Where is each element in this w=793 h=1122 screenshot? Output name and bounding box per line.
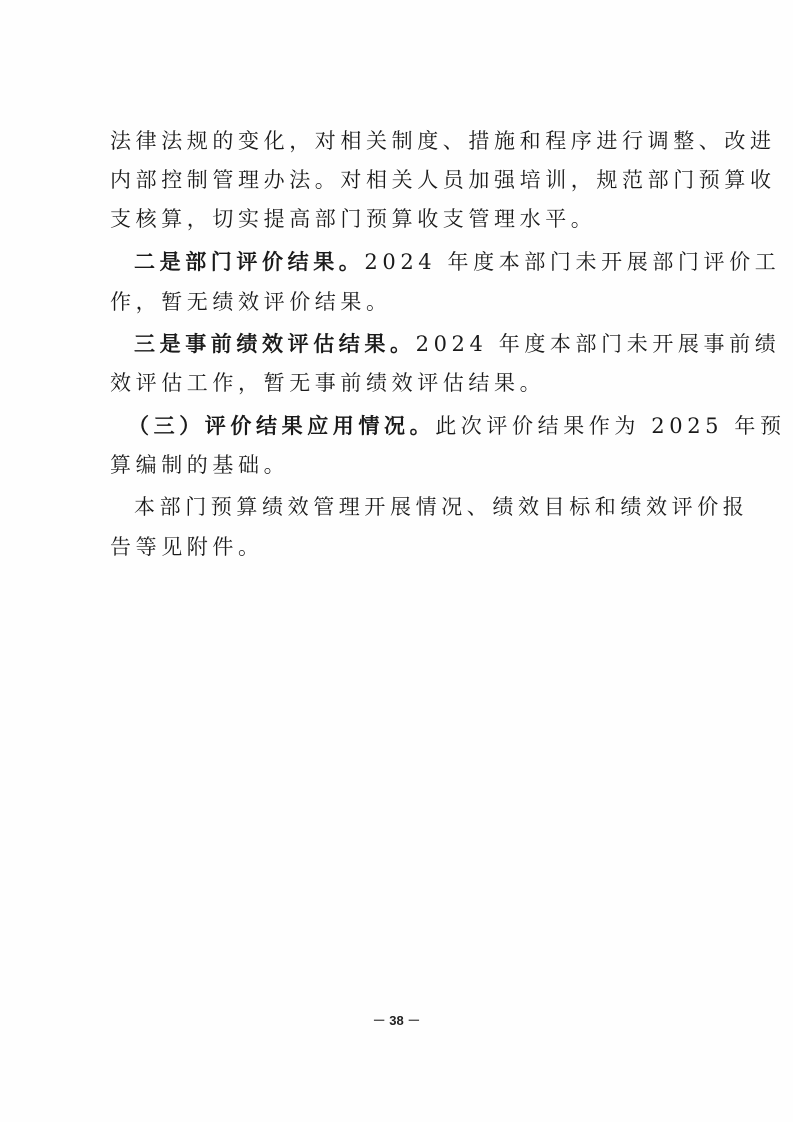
paragraph-heading: 二是部门评价结果。 [134,249,364,274]
text-line: 本部门预算绩效管理开展情况、绩效目标和绩效评价报 [134,494,714,520]
text-span: 2024 年度本部门未开展事前绩 [416,332,781,356]
document-page: 法律法规的变化，对相关制度、措施和程序进行调整、改进 内部控制管理办法。对相关人… [0,0,793,1122]
text-line: （三）评价结果应用情况。此次评价结果作为 2025 年预 [128,413,708,439]
text-line: 二是部门评价结果。2024 年度本部门未开展部门评价工 [134,249,714,275]
text-span: 此次评价结果作为 2025 年预 [435,414,785,438]
text-line: 效评估工作，暂无事前绩效评估结果。 [110,370,690,396]
text-line: 告等见附件。 [110,534,690,560]
paragraph-heading: 三是事前绩效评估结果。 [134,331,416,356]
text-line: 作，暂无绩效评价结果。 [110,289,690,315]
text-line: 三是事前绩效评估结果。2024 年度本部门未开展事前绩 [134,331,714,357]
text-line: 法律法规的变化，对相关制度、措施和程序进行调整、改进 [110,128,690,154]
text-line: 支核算，切实提高部门预算收支管理水平。 [110,206,690,232]
page-number: － 38 － [0,1010,793,1029]
text-line: 算编制的基础。 [110,452,690,478]
text-line: 内部控制管理办法。对相关人员加强培训，规范部门预算收 [110,167,690,193]
text-span: 2024 年度本部门未开展部门评价工 [364,250,780,274]
section-heading: （三）评价结果应用情况。 [128,413,435,438]
